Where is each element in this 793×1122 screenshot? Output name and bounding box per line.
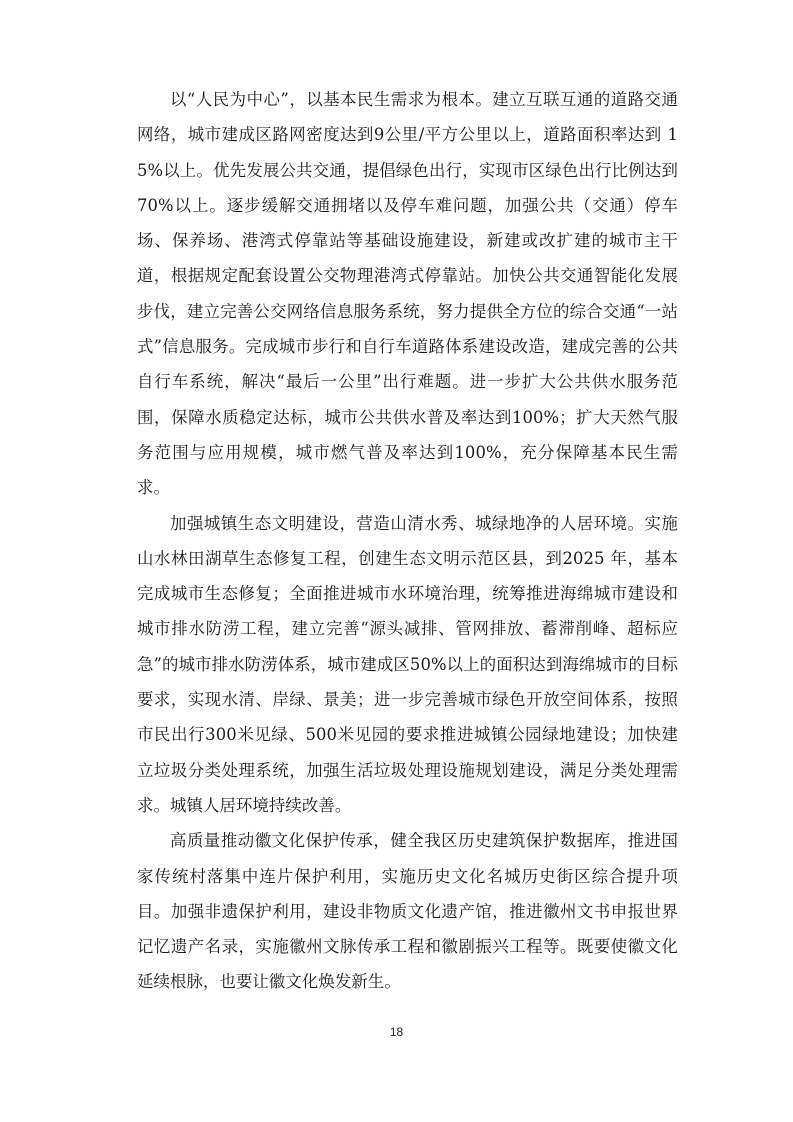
paragraph-ecological-civilization: 加强城镇生态文明建设，营造山清水秀、城绿地净的人居环境。实施山水林田湖草生态修复… (137, 506, 678, 824)
paragraph-hui-culture: 高质量推动徽文化保护传承，健全我区历史建筑保护数据库，推进国家传统村落集中连片保… (137, 823, 678, 999)
page-number: 18 (0, 1025, 793, 1039)
paragraph-transport-utilities: 以“人民为中心”，以基本民生需求为根本。建立互联互通的道路交通网络，城市建成区路… (137, 82, 678, 506)
document-page: 以“人民为中心”，以基本民生需求为根本。建立互联互通的道路交通网络，城市建成区路… (0, 0, 793, 1122)
document-body: 以“人民为中心”，以基本民生需求为根本。建立互联互通的道路交通网络，城市建成区路… (137, 82, 678, 1000)
